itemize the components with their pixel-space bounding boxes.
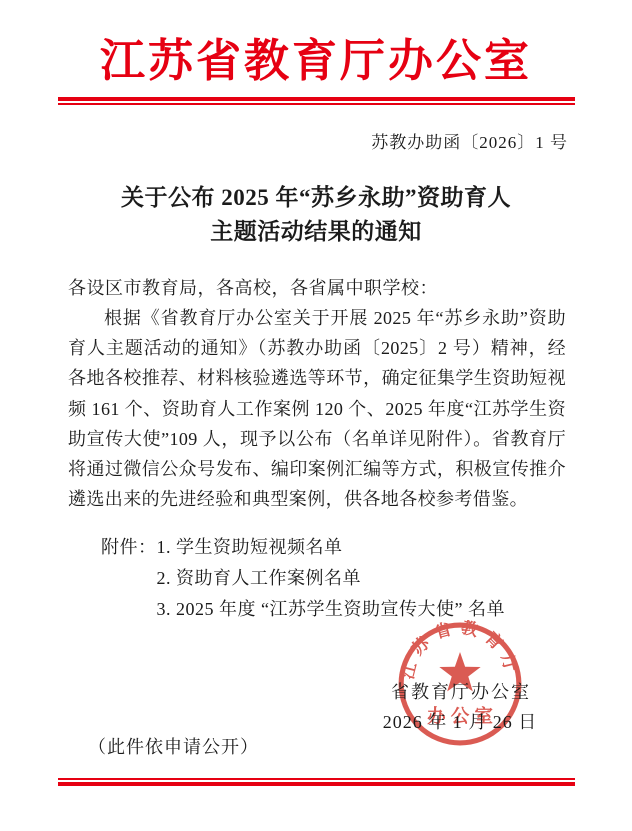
official-document-page: 江苏省教育厅办公室 苏教办助函〔2026〕1 号 关于公布 2025 年“苏乡永… [0,0,632,831]
footer-rule-thick [58,782,575,786]
attachments-list: 附件： 1. 学生资助短视频名单 附件： 2. 资助育人工作案例名单 附件： 3… [101,532,505,625]
attachment-item-2: 2. 资助育人工作案例名单 [157,563,362,594]
attachment-row: 附件： 1. 学生资助短视频名单 [101,532,505,563]
header-double-rule [58,97,575,105]
attachments-label: 附件： [101,532,157,563]
salutation: 各设区市教育局，各高校，各省属中职学校： [68,274,438,300]
signature-office: 省教育厅办公室 [331,678,591,704]
header-rule-thin [58,103,575,105]
body-paragraph: 根据《省教育厅办公室关于开展 2025 年“苏乡永助”资助育人主题活动的通知》（… [68,303,566,514]
disclosure-note: （此件依申请公开） [88,733,259,759]
signature-date: 2026 年 1 月 26 日 [330,708,590,734]
attachment-item-1: 1. 学生资助短视频名单 [157,532,343,563]
attachment-row: 附件： 2. 资助育人工作案例名单 [101,563,505,594]
document-title-line2: 主题活动结果的通知 [0,215,632,249]
document-title-line1: 关于公布 2025 年“苏乡永助”资助育人 [0,181,632,215]
letterhead-title: 江苏省教育厅办公室 [0,24,632,89]
footer-double-rule [58,778,575,786]
document-number: 苏教办助函〔2026〕1 号 [371,128,568,153]
document-title: 关于公布 2025 年“苏乡永助”资助育人 主题活动结果的通知 [0,181,632,249]
